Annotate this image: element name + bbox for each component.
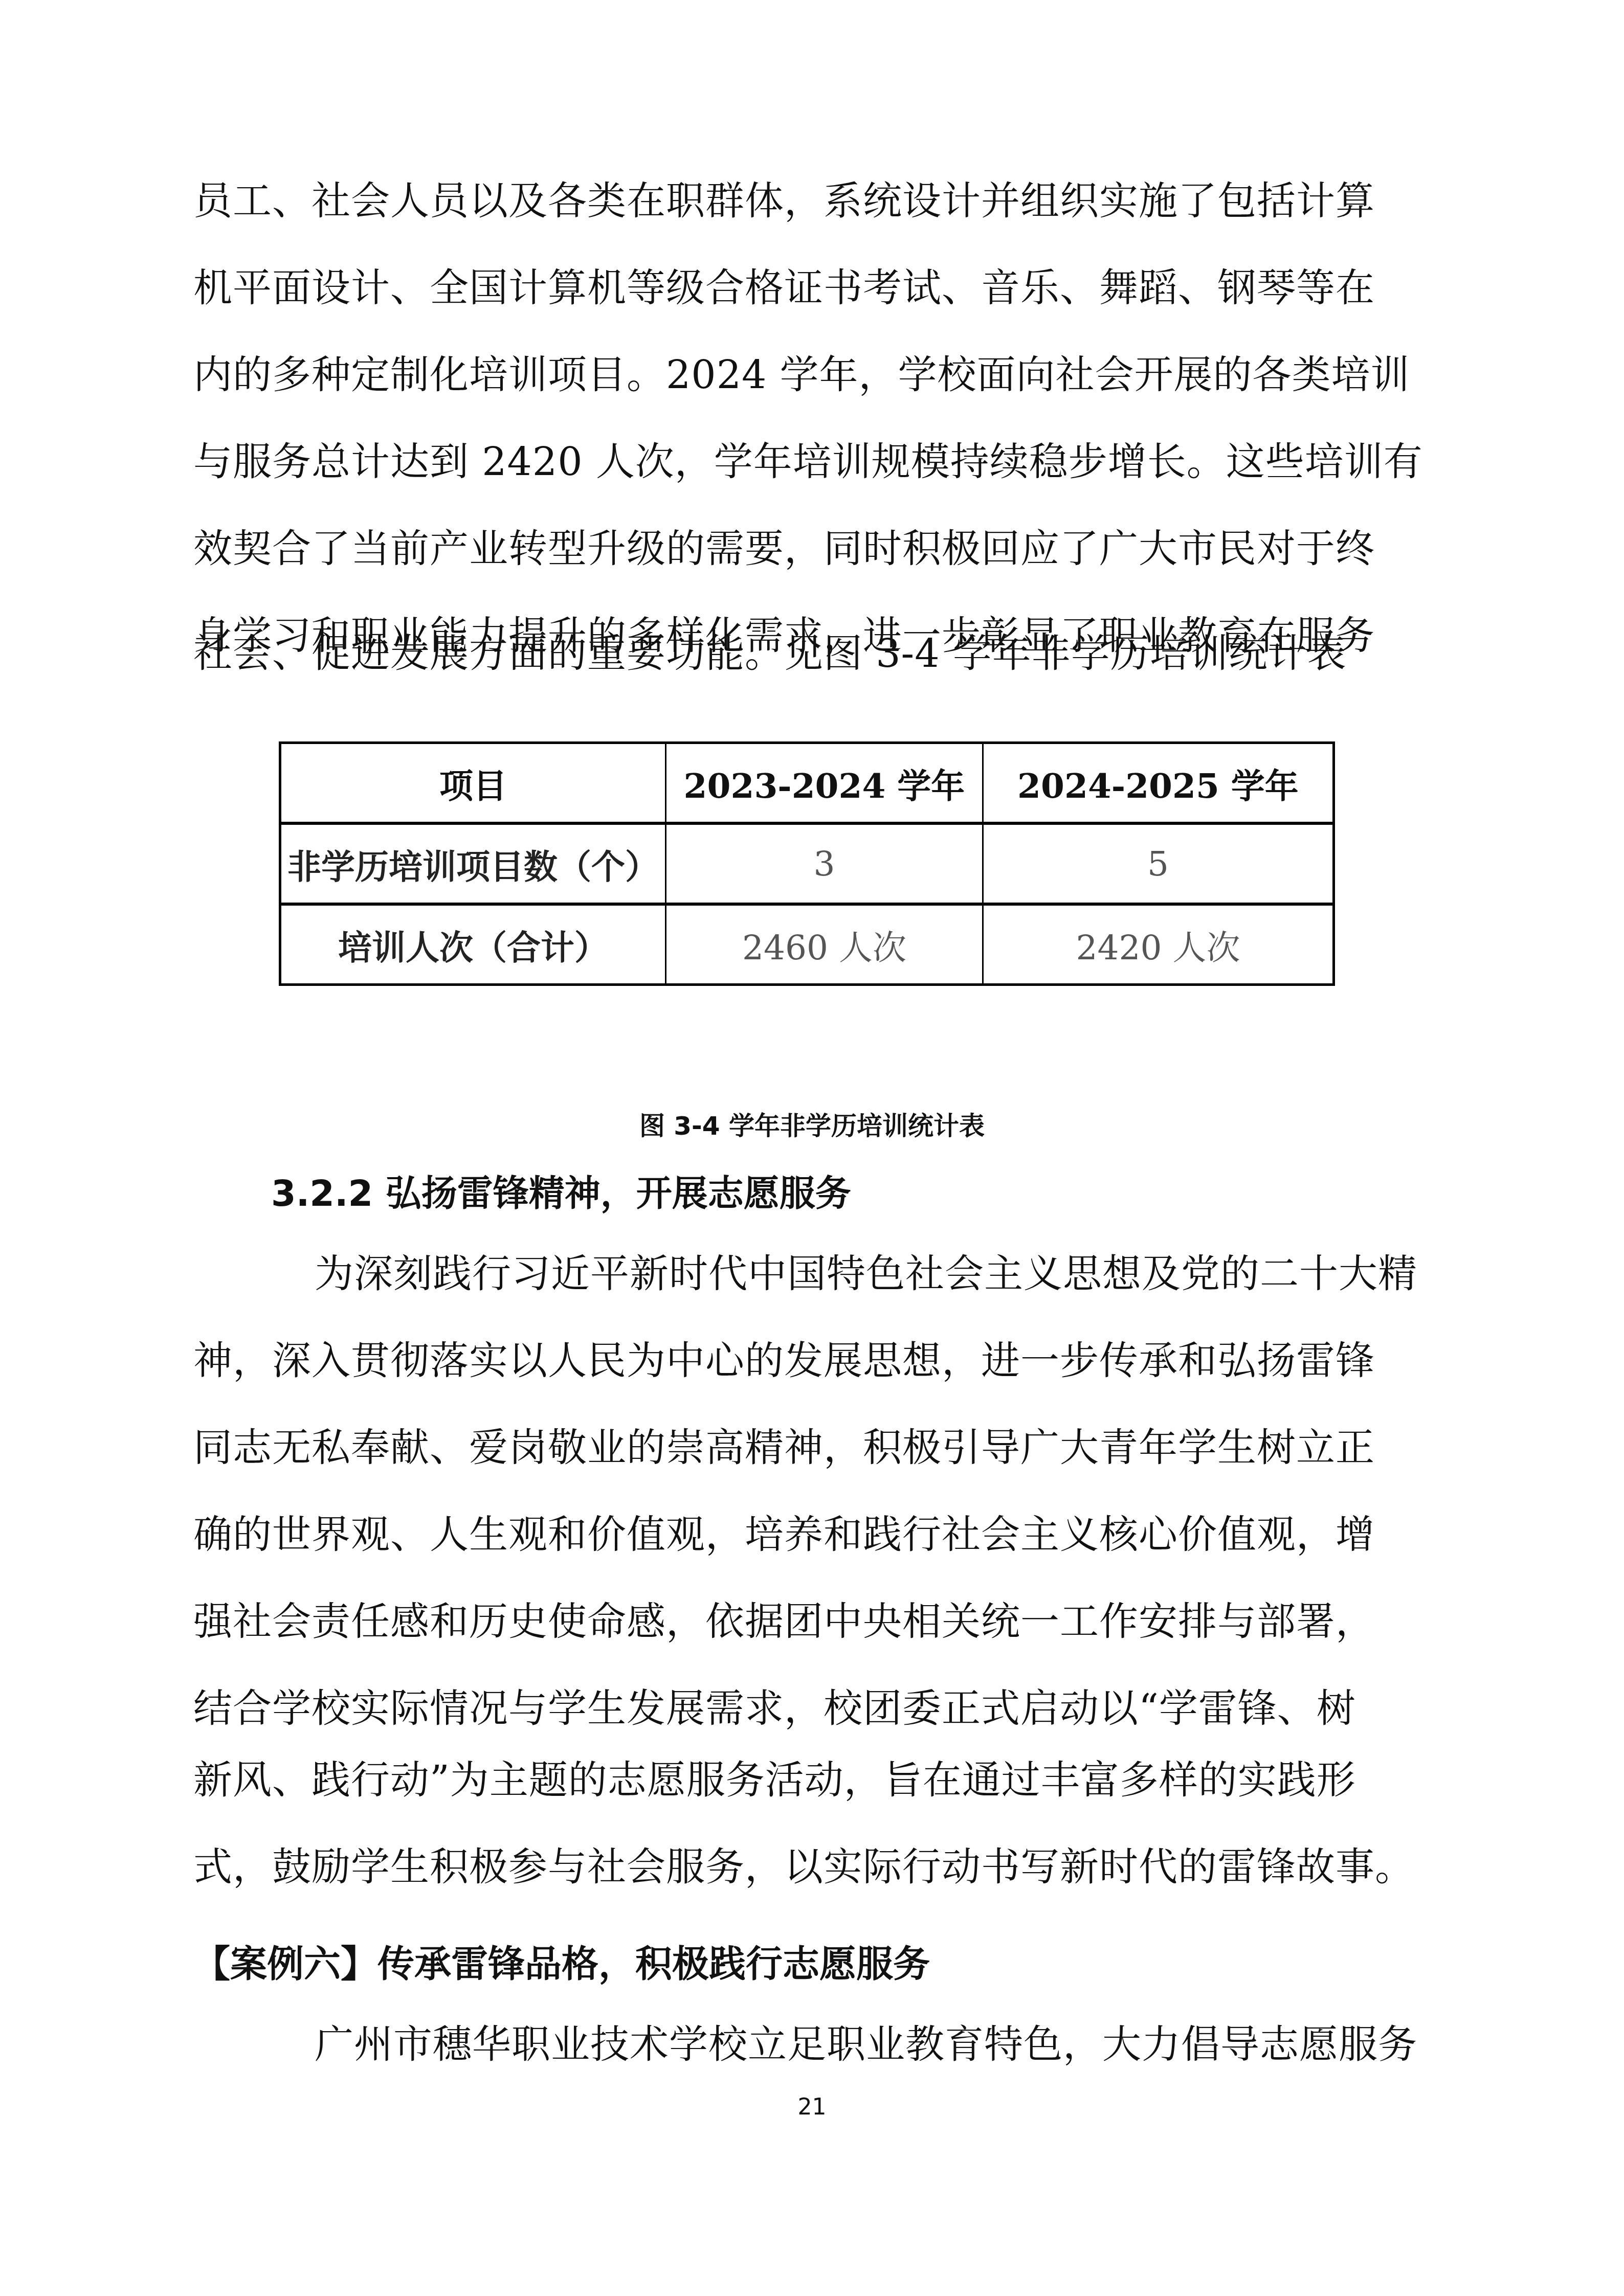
table-cell: 2460 人次 xyxy=(666,904,983,985)
text-line: 社会、促进发展方面的重要功能。见图 3-4 学年非学历培训统计表 xyxy=(193,634,1431,673)
training-stats-table: 项目 2023-2024 学年 2024-2025 学年 非学历培训项目数（个）… xyxy=(279,741,1335,986)
table-header-cell: 2023-2024 学年 xyxy=(666,743,983,824)
text-line: 确的世界观、人生观和价值观，培养和践行社会主义核心价值观，增 xyxy=(193,1515,1431,1554)
page-number: 21 xyxy=(0,2094,1624,2120)
table-cell-label: 培训人次（合计） xyxy=(280,904,666,985)
text-line: 结合学校实际情况与学生发展需求，校团委正式启动以“学雷锋、树 xyxy=(193,1689,1431,1728)
text-line: 与服务总计达到 2420 人次，学年培训规模持续稳步增长。这些培训有 xyxy=(193,442,1431,481)
table-row: 非学历培训项目数（个） 3 5 xyxy=(280,823,1334,904)
table-cell: 5 xyxy=(983,823,1334,904)
text-line: 同志无私奉献、爱岗敬业的崇高精神，积极引导广大青年学生树立正 xyxy=(193,1428,1431,1467)
table-header-cell: 2024-2025 学年 xyxy=(983,743,1334,824)
table-cell: 3 xyxy=(666,823,983,904)
table-caption: 图 3-4 学年非学历培训统计表 xyxy=(0,1106,1624,1142)
text-line: 广州市穗华职业技术学校立足职业教育特色，大力倡导志愿服务 xyxy=(315,2025,1552,2064)
text-line: 员工、社会人员以及各类在职群体，系统设计并组织实施了包括计算 xyxy=(193,182,1431,220)
table-row: 培训人次（合计） 2460 人次 2420 人次 xyxy=(280,904,1334,985)
text-line: 内的多种定制化培训项目。2024 学年，学校面向社会开展的各类培训 xyxy=(193,355,1431,394)
section-heading: 3.2.2 弘扬雷锋精神，开展志愿服务 xyxy=(271,1165,851,1217)
table-header-cell: 项目 xyxy=(280,743,666,824)
table-cell: 2420 人次 xyxy=(983,904,1334,985)
text-line: 神，深入贯彻落实以人民为中心的发展思想，进一步传承和弘扬雷锋 xyxy=(193,1341,1431,1380)
text-line: 为深刻践行习近平新时代中国特色社会主义思想及党的二十大精 xyxy=(315,1254,1552,1293)
text-line: 效契合了当前产业转型升级的需要，同时积极回应了广大市民对于终 xyxy=(193,529,1431,568)
table-cell-label: 非学历培训项目数（个） xyxy=(280,823,666,904)
text-line: 式，鼓励学生积极参与社会服务，以实际行动书写新时代的雷锋故事。 xyxy=(193,1848,1431,1886)
table-header-row: 项目 2023-2024 学年 2024-2025 学年 xyxy=(280,743,1334,824)
text-line: 新风、践行动”为主题的志愿服务活动，旨在通过丰富多样的实践形 xyxy=(193,1761,1431,1799)
text-line: 机平面设计、全国计算机等级合格证书考试、音乐、舞蹈、钢琴等在 xyxy=(193,268,1431,307)
text-line: 强社会责任感和历史使命感，依据团中央相关统一工作安排与部署， xyxy=(193,1602,1431,1641)
case-title: 【案例六】传承雷锋品格，积极践行志愿服务 xyxy=(193,1934,930,1987)
